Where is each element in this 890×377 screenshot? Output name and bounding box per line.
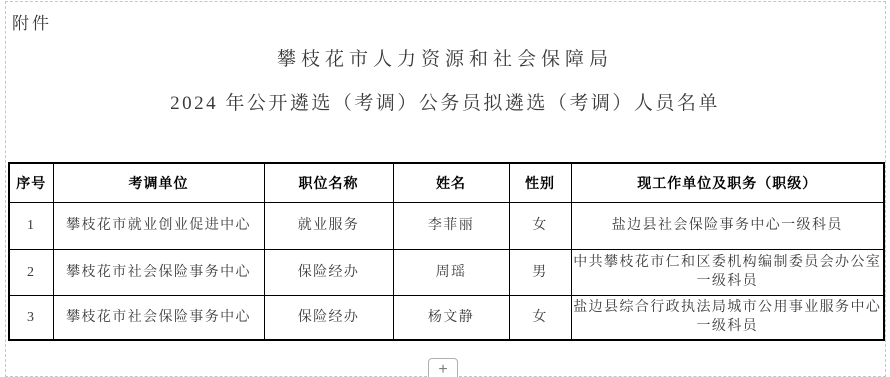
cell-name: 杨文静 [393,295,509,340]
table-row: 3 攀枝花市社会保险事务中心 保险经办 杨文静 女 盐边县综合行政执法局城市公用… [9,295,884,340]
header-current-unit: 现工作单位及职务（职级） [571,163,884,202]
cell-serial-number: 1 [9,202,53,249]
table-row: 1 攀枝花市就业创业促进中心 就业服务 李菲丽 女 盐边县社会保险事务中心一级科… [9,202,884,249]
header-position-name: 职位名称 [264,163,393,202]
document-title-list-name: 2024 年公开遴选（考调）公务员拟遴选（考调）人员名单 [0,88,890,115]
document-title-org: 攀枝花市人力资源和社会保障局 [0,44,890,71]
cell-serial-number: 2 [9,249,53,295]
cell-current-unit: 盐边县社会保险事务中心一级科员 [571,202,884,249]
cell-current-unit: 盐边县综合行政执法局城市公用事业服务中心一级科员 [571,295,884,340]
cell-gender: 男 [509,249,571,295]
cell-name: 周瑶 [393,249,509,295]
attachment-label: 附件 [12,9,52,34]
cell-position-name: 就业服务 [264,202,393,249]
table-header-row: 序号 考调单位 职位名称 姓名 性别 现工作单位及职务（职级） [9,163,884,202]
personnel-table: 序号 考调单位 职位名称 姓名 性别 现工作单位及职务（职级） 1 攀枝花市就业… [8,162,885,341]
cell-transfer-unit: 攀枝花市就业创业促进中心 [53,202,264,249]
cell-gender: 女 [509,295,571,340]
cell-name: 李菲丽 [393,202,509,249]
cell-gender: 女 [509,202,571,249]
cell-transfer-unit: 攀枝花市社会保险事务中心 [53,249,264,295]
header-gender: 性别 [509,163,571,202]
header-serial-number: 序号 [9,163,53,202]
cell-serial-number: 3 [9,295,53,340]
add-row-button[interactable]: + [428,358,458,377]
header-transfer-unit: 考调单位 [53,163,264,202]
table-row: 2 攀枝花市社会保险事务中心 保险经办 周瑶 男 中共攀枝花市仁和区委机构编制委… [9,249,884,295]
header-name: 姓名 [393,163,509,202]
cell-current-unit: 中共攀枝花市仁和区委机构编制委员会办公室一级科员 [571,249,884,295]
cell-transfer-unit: 攀枝花市社会保险事务中心 [53,295,264,340]
cell-position-name: 保险经办 [264,295,393,340]
cell-position-name: 保险经办 [264,249,393,295]
